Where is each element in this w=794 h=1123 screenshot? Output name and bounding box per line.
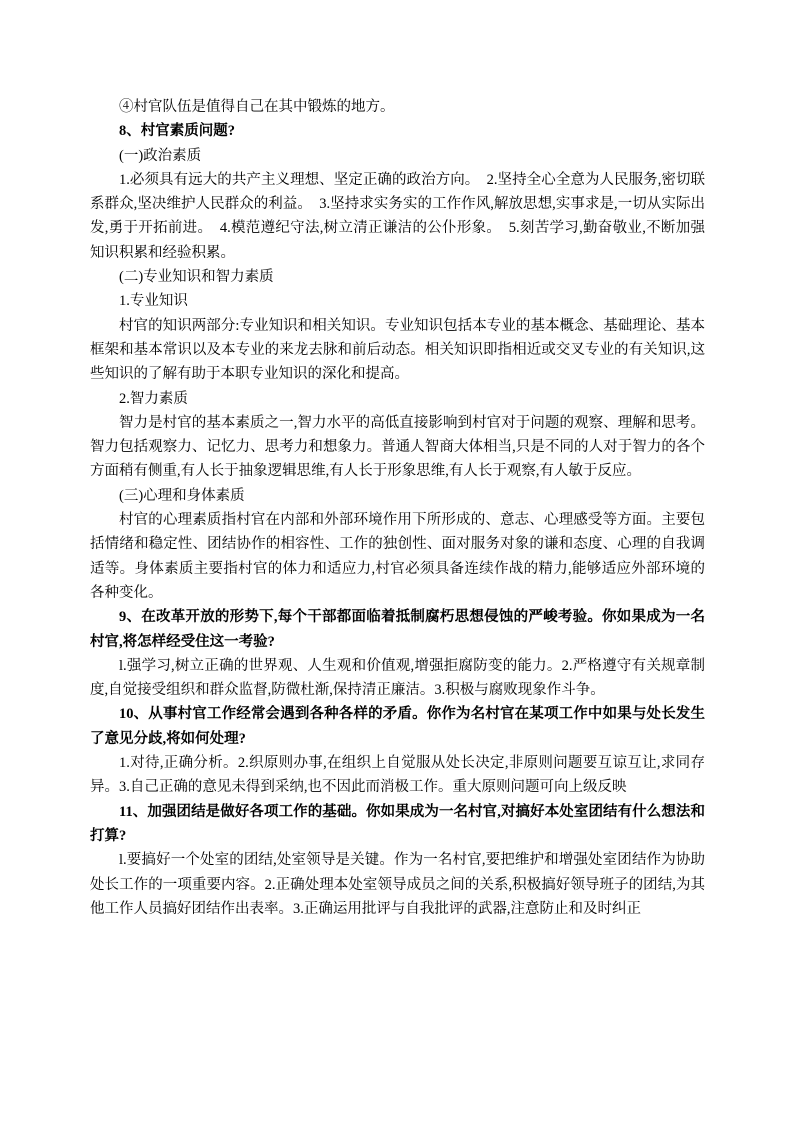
- professional-knowledge-body: 村官的知识两部分:专业知识和相关知识。专业知识包括本专业的基本概念、基础理论、基…: [90, 314, 705, 387]
- subsection-2-knowledge-intelligence: (二)专业知识和智力素质: [90, 265, 705, 289]
- question-9-answer: l.强学习,树立正确的世界观、人生观和价值观,增强拒腐防变的能力。2.严格遵守有…: [90, 654, 705, 703]
- question-11-heading: 11、加强团结是做好各项工作的基础。你如果成为一名村官,对搞好本处室团结有什么想…: [90, 800, 705, 849]
- question-10-answer: 1.对待,正确分析。2.织原则办事,在组织上自觉服从处长决定,非原则问题要互谅互…: [90, 751, 705, 800]
- political-quality-points: 1.必须具有远大的共产主义理想、坚定正确的政治方向。 2.坚持全心全意为人民服务…: [90, 168, 705, 265]
- question-10-heading: 10、从事村官工作经常会遇到各种各样的矛盾。你作为名村官在某项工作中如果与处长发…: [90, 702, 705, 751]
- subsection-1-political-quality: (一)政治素质: [90, 144, 705, 168]
- question-11-answer: l.要搞好一个处室的团结,处室领导是关键。作为一名村官,要把维护和增强处室团结作…: [90, 848, 705, 921]
- document-page: ④村官队伍是值得自己在其中锻炼的地方。 8、村官素质问题? (一)政治素质 1.…: [0, 0, 794, 1123]
- document-body: ④村官队伍是值得自己在其中锻炼的地方。 8、村官素质问题? (一)政治素质 1.…: [90, 95, 705, 921]
- item-2-intelligence-quality: 2.智力素质: [90, 387, 705, 411]
- subsection-3-psych-physical: (三)心理和身体素质: [90, 484, 705, 508]
- psych-physical-body: 村官的心理素质指村官在内部和外部环境作用下所形成的、意志、心理感受等方面。主要包…: [90, 508, 705, 605]
- list-item-circle-4: ④村官队伍是值得自己在其中锻炼的地方。: [90, 95, 705, 119]
- intelligence-quality-body: 智力是村官的基本素质之一,智力水平的高低直接影响到村官对于问题的观察、理解和思考…: [90, 411, 705, 484]
- item-1-professional-knowledge: 1.专业知识: [90, 289, 705, 313]
- question-8-heading: 8、村官素质问题?: [90, 119, 705, 143]
- question-9-heading: 9、在改革开放的形势下,每个干部都面临着抵制腐朽思想侵蚀的严峻考验。你如果成为一…: [90, 605, 705, 654]
